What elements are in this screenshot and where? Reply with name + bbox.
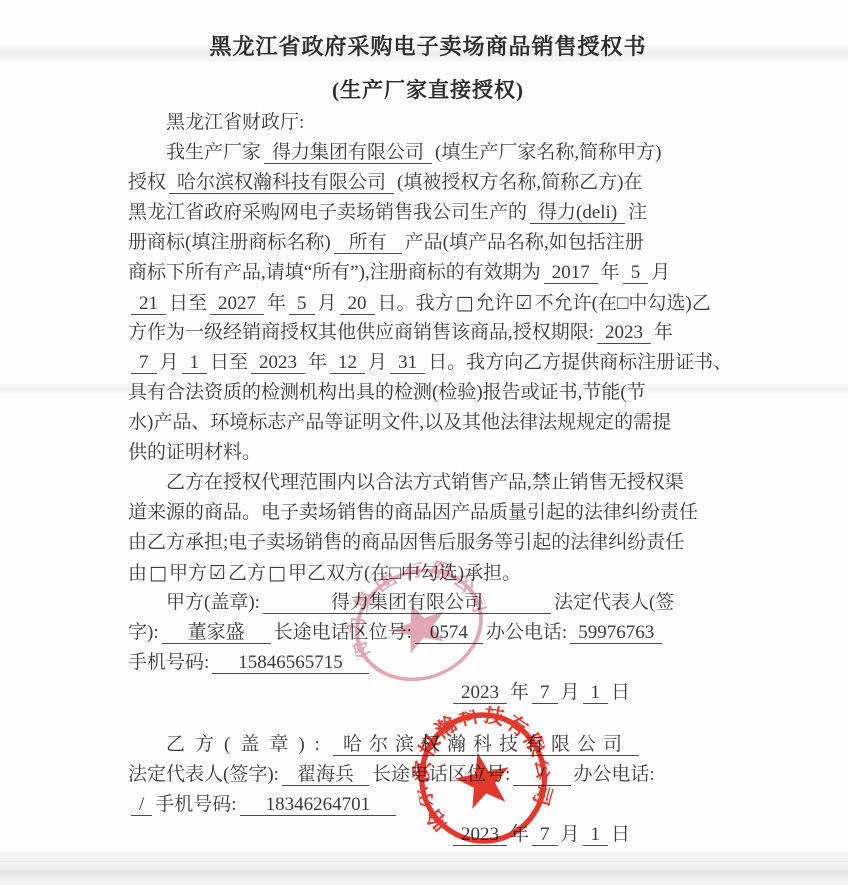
doc-line: 21日至2027年5月20日。我方□允许☑不允许(在□中勾选)乙 xyxy=(128,288,728,318)
fill-mobile-number: 18346264701 xyxy=(240,794,397,816)
text-run: 甲方 xyxy=(169,563,207,584)
text-run: 册商标(填注册商标名称) xyxy=(128,232,331,253)
fill-year: 2023 xyxy=(453,682,507,704)
doc-line: 法定代表人(签字):翟海兵长途电话区位号:/办公电话: xyxy=(128,760,728,790)
fill-month: 5 xyxy=(623,262,649,284)
party-b-date-line: 2023年7月1日 xyxy=(128,820,728,850)
text-run: 月 xyxy=(160,352,179,373)
doc-line: 手机号码:15846565715 xyxy=(128,648,728,678)
text-run: 月 xyxy=(561,682,580,703)
fill-day: 21 xyxy=(131,293,166,315)
text-run: 不允许(在□中勾选)乙 xyxy=(535,293,711,314)
text-run: 法定代表人(签 xyxy=(554,592,674,613)
text-run: 商标下所有产品,请填“所有”),注册商标的有效期为 xyxy=(128,262,541,283)
fill-year: 2023 xyxy=(453,824,507,846)
text-run: 授权 xyxy=(128,172,166,193)
text-run: 字): xyxy=(128,622,159,643)
fill-party-b-company: 哈尔滨权瀚科技有限公司 xyxy=(333,734,639,756)
doc-line: 乙方(盖章):哈尔滨权瀚科技有限公司 xyxy=(128,730,728,760)
fill-products: 所有 xyxy=(334,232,402,254)
fill-month: 12 xyxy=(330,352,365,374)
text-run: 月 xyxy=(368,352,387,373)
text-run: 水)产品、环境标志产品等证明文件,以及其他法律法规规定的需提 xyxy=(128,412,671,433)
doc-line: 水)产品、环境标志产品等证明文件,以及其他法律法规规定的需提 xyxy=(128,408,728,438)
doc-line: 授权哈尔滨权瀚科技有限公司(填被授权方名称,简称乙方)在 xyxy=(128,168,728,198)
text-run: 年 xyxy=(654,322,673,343)
text-run: 日至 xyxy=(169,293,207,314)
doc-line: 7月1日至2023年12月31日。我方向乙方提供商标注册证书、 xyxy=(128,348,728,378)
text-run: 月 xyxy=(651,262,670,283)
fill-year: 2017 xyxy=(544,262,598,284)
text-run: 办公电话: xyxy=(574,764,655,785)
text-run: 注 xyxy=(628,202,647,223)
salutation: 黑龙江省财政厅: xyxy=(128,108,728,138)
text-run: 手机号码: xyxy=(155,794,236,815)
fill-day: 1 xyxy=(182,352,208,374)
fill-month: 7 xyxy=(131,352,157,374)
doc-line: 商标下所有产品,请填“所有”),注册商标的有效期为2017年5月 xyxy=(128,258,728,288)
text-run: 年 xyxy=(601,262,620,283)
text-run: 日 xyxy=(611,682,630,703)
fill-area-code: / xyxy=(513,764,570,786)
text-run: 黑龙江省政府采购网电子卖场销售我公司生产的 xyxy=(128,202,527,223)
text-run: 乙方(盖章): xyxy=(166,734,330,755)
checkbox-empty-icon: □ xyxy=(456,292,474,314)
text-run: 长途电话区位号: xyxy=(372,764,510,785)
text-run: 允许 xyxy=(476,293,514,314)
checkbox-empty-icon: □ xyxy=(268,562,286,584)
checkbox-empty-icon: □ xyxy=(149,562,167,584)
text-run: 年 xyxy=(267,293,286,314)
text-run: 手机号码: xyxy=(128,652,209,673)
doc-line: 具有合法资质的检测机构出具的检测(检验)报告或证书,节能(节 xyxy=(128,378,728,408)
fill-month: 7 xyxy=(532,682,558,704)
fill-year: 2023 xyxy=(597,322,651,344)
text-run: 具有合法资质的检测机构出具的检测(检验)报告或证书,节能(节 xyxy=(128,382,646,403)
text-run: 乙方 xyxy=(228,563,266,584)
text-run: 年 xyxy=(308,352,327,373)
text-run: 日至 xyxy=(210,352,248,373)
text-run: 我生产厂家 xyxy=(166,142,261,163)
text-run: 方作为一级经销商授权其他供应商销售该商品,授权期限: xyxy=(128,322,594,343)
fill-area-code: 0574 xyxy=(415,622,483,644)
doc-line: 我生产厂家得力集团有限公司(填生产厂家名称,简称甲方) xyxy=(128,138,728,168)
doc-subtitle: (生产厂家直接授权) xyxy=(128,74,728,106)
fill-month: 7 xyxy=(532,824,558,846)
scan-artifact-streak xyxy=(0,861,848,885)
checkbox-checked-icon: ☑ xyxy=(209,562,226,584)
text-run: 法定代表人(签字): xyxy=(128,764,279,785)
text-run: 日。我方向乙方提供商标注册证书、 xyxy=(428,352,732,373)
doc-line: 乙方在授权代理范围内以合法方式销售产品,禁止销售无授权渠 xyxy=(128,468,728,498)
text-run: 年 xyxy=(510,824,529,845)
text-run: 月 xyxy=(318,293,337,314)
fill-trademark: 得力(deli) xyxy=(530,202,625,224)
party-a-date-line: 2023年7月1日 xyxy=(128,678,728,708)
text-run: 年 xyxy=(510,682,529,703)
fill-day: 1 xyxy=(583,682,609,704)
doc-title: 黑龙江省政府采购电子卖场商品销售授权书 xyxy=(128,30,728,64)
scan-artifact-streak xyxy=(0,852,848,862)
fill-party-a-representative: 董家盛 xyxy=(162,622,271,644)
text-run: 甲乙双方(在□中勾选)承担。 xyxy=(288,563,521,584)
fill-year: 2027 xyxy=(210,293,264,315)
scanned-document-page: 黑龙江省政府采购电子卖场商品销售授权书 (生产厂家直接授权) 黑龙江省财政厅: … xyxy=(0,0,848,885)
fill-day: 20 xyxy=(340,293,375,315)
fill-year: 2023 xyxy=(251,352,305,374)
document-content: 黑龙江省政府采购电子卖场商品销售授权书 (生产厂家直接授权) 黑龙江省财政厅: … xyxy=(128,30,728,850)
text-run: 供的证明材料。 xyxy=(128,442,261,463)
text-run: 产品(填产品名称,如包括注册 xyxy=(405,232,644,253)
doc-line: 由乙方承担;电子卖场销售的商品因售后服务等引起的法律纠纷责任 xyxy=(128,528,728,558)
fill-office-phone: / xyxy=(131,794,152,816)
text-run: 由乙方承担;电子卖场销售的商品因售后服务等引起的法律纠纷责任 xyxy=(128,532,684,553)
text-run: 月 xyxy=(561,824,580,845)
doc-line: 册商标(填注册商标名称)所有产品(填产品名称,如包括注册 xyxy=(128,228,728,258)
text-run: (填生产厂家名称,简称甲方) xyxy=(435,142,661,163)
doc-line: 方作为一级经销商授权其他供应商销售该商品,授权期限:2023年 xyxy=(128,318,728,348)
doc-line: 字):董家盛长途电话区位号:0574办公电话:59976763 xyxy=(128,618,728,648)
fill-manufacturer-name: 得力集团有限公司 xyxy=(264,142,432,164)
fill-party-b-representative: 翟海兵 xyxy=(282,764,369,786)
fill-party-a-company: 得力集团有限公司 xyxy=(263,592,551,614)
doc-line: 道来源的商品。电子卖场销售的商品因产品质量引起的法律纠纷责任 xyxy=(128,498,728,528)
doc-line: 供的证明材料。 xyxy=(128,438,728,468)
fill-day: 1 xyxy=(583,824,609,846)
fill-day: 31 xyxy=(390,352,425,374)
text-run: 办公电话: xyxy=(486,622,567,643)
doc-line: /手机号码:18346264701 xyxy=(128,790,728,820)
text-run: 日。我方 xyxy=(378,293,454,314)
fill-month: 5 xyxy=(289,293,315,315)
fill-authorized-company: 哈尔滨权瀚科技有限公司 xyxy=(169,172,394,194)
checkbox-checked-icon: ☑ xyxy=(516,292,533,314)
fill-mobile-number: 15846565715 xyxy=(212,652,369,674)
text-run: 甲方(盖章): xyxy=(166,592,260,613)
doc-line: 黑龙江省政府采购网电子卖场销售我公司生产的得力(deli)注 xyxy=(128,198,728,228)
text-run: 日 xyxy=(611,824,630,845)
text-run: (填被授权方名称,简称乙方)在 xyxy=(397,172,642,193)
text-run: 长途电话区位号: xyxy=(274,622,412,643)
doc-line: 甲方(盖章):得力集团有限公司法定代表人(签 xyxy=(128,588,728,618)
fill-office-phone: 59976763 xyxy=(570,622,662,644)
doc-line: 由□甲方☑乙方□甲乙双方(在□中勾选)承担。 xyxy=(128,558,728,588)
text-run: 道来源的商品。电子卖场销售的商品因产品质量引起的法律纠纷责任 xyxy=(128,502,698,523)
text-run: 由 xyxy=(128,563,147,584)
text-run: 乙方在授权代理范围内以合法方式销售产品,禁止销售无授权渠 xyxy=(166,472,684,493)
